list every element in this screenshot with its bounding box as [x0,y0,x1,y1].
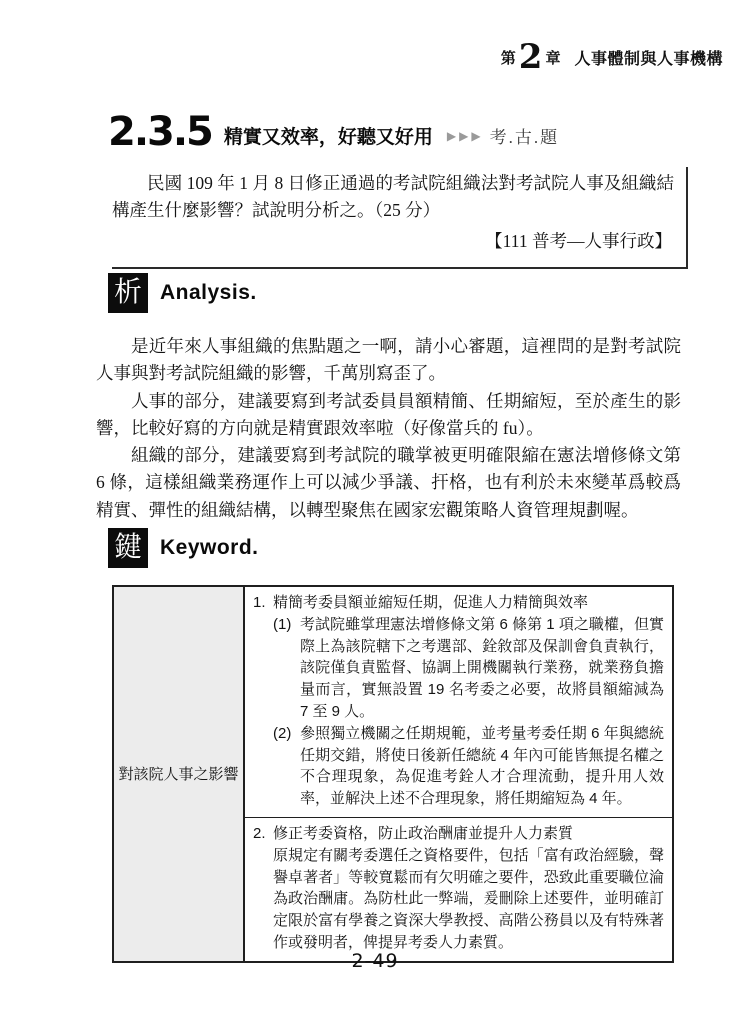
list-title-text: 修正考委資格，防止政治酬庸並提升人力素質 [273,823,664,845]
keyword-table: 對該院人事之影響 1. 精簡考委員額並縮短任期，促進人力精簡與效率 (1) 考試… [112,585,674,963]
table-row-title: 2. 修正考委資格，防止政治酬庸並提升人力素質 [253,823,664,845]
list-item-text: 考試院雖掌理憲法增修條文第 6 條第 1 項之職權，但實際上為該院轄下之考選部、… [300,614,664,723]
section-title: 精實又效率，好聽又好用 [224,122,433,149]
analysis-paragraph: 組織的部分，建議要寫到考試院的職掌被更明確限縮在憲法增修條文第 6 條，這樣組織… [96,442,681,524]
keyword-glyph-icon: 鍵 [108,528,148,568]
book-page: 第 2 章 人事體制與人事機構 2.3.5 精實又效率，好聽又好用 ▶▶▶ 考.… [0,0,750,1017]
section-heading: 2.3.5 精實又效率，好聽又好用 ▶▶▶ 考.古.題 [108,112,559,152]
table-row: 1. 精簡考委員額並縮短任期，促進人力精簡與效率 (1) 考試院雖掌理憲法增修條… [245,587,672,817]
table-row-header: 對該院人事之影響 [114,587,245,961]
page-number: 2-49 [0,950,750,972]
chapter-header: 第 2 章 人事體制與人事機構 [501,40,723,74]
chapter-number: 2 [519,40,543,74]
list-number: (2) [273,723,300,810]
analysis-heading: 析 Analysis. [108,273,257,313]
table-row-title: 1. 精簡考委員額並縮短任期，促進人力精簡與效率 [253,592,664,614]
exam-question-text: 民國 109 年 1 月 8 日修正通過的考試院組織法對考試院人事及組織結構產生… [112,170,674,224]
exam-archive-tag: 考.古.題 [490,123,560,148]
exam-question-box: 民國 109 年 1 月 8 日修正通過的考試院組織法對考試院人事及組織結構產生… [112,167,688,269]
chapter-title: 人事體制與人事機構 [574,46,723,69]
chapter-prefix: 第 [501,47,516,68]
keyword-heading: 鍵 Keyword. [108,528,259,568]
table-rows: 1. 精簡考委員額並縮短任期，促進人力精簡與效率 (1) 考試院雖掌理憲法增修條… [245,587,672,961]
analysis-label: Analysis. [160,281,257,305]
analysis-paragraph: 人事的部分，建議要寫到考試委員員額精簡、任期縮短，至於產生的影響，比較好寫的方向… [96,388,681,443]
list-item: (2) 參照獨立機關之任期規範，並考量考委任期 6 年與總統任期交錯，將使日後新… [273,723,664,810]
list-item-text: 參照獨立機關之任期規範，並考量考委任期 6 年與總統任期交錯，將使日後新任總統 … [300,723,664,810]
analysis-paragraph: 是近年來人事組織的焦點題之一啊，請小心審題，這裡問的是對考試院人事與對考試院組織… [96,333,681,388]
list-number: (1) [273,614,300,723]
analysis-glyph-icon: 析 [108,273,148,313]
list-body-text: 原規定有關考委選任之資格要件，包括「富有政治經驗，聲譽卓著者」等較寬鬆而有欠明確… [273,845,664,954]
triple-arrow-icon: ▶▶▶ [447,129,484,143]
list-item: (1) 考試院雖掌理憲法增修條文第 6 條第 1 項之職權，但實際上為該院轄下之… [273,614,664,723]
list-number: 2. [253,823,273,845]
exam-question-source: 【111 普考—人事行政】 [112,228,674,255]
list-number: 1. [253,592,273,614]
chapter-suffix: 章 [545,47,560,68]
list-title-text: 精簡考委員額並縮短任期，促進人力精簡與效率 [273,592,664,614]
analysis-body: 是近年來人事組織的焦點題之一啊，請小心審題，這裡問的是對考試院人事與對考試院組織… [96,333,681,524]
table-row: 2. 修正考委資格，防止政治酬庸並提升人力素質 原規定有關考委選任之資格要件，包… [245,817,672,961]
keyword-label: Keyword. [160,536,259,560]
section-number: 2.3.5 [108,112,212,152]
